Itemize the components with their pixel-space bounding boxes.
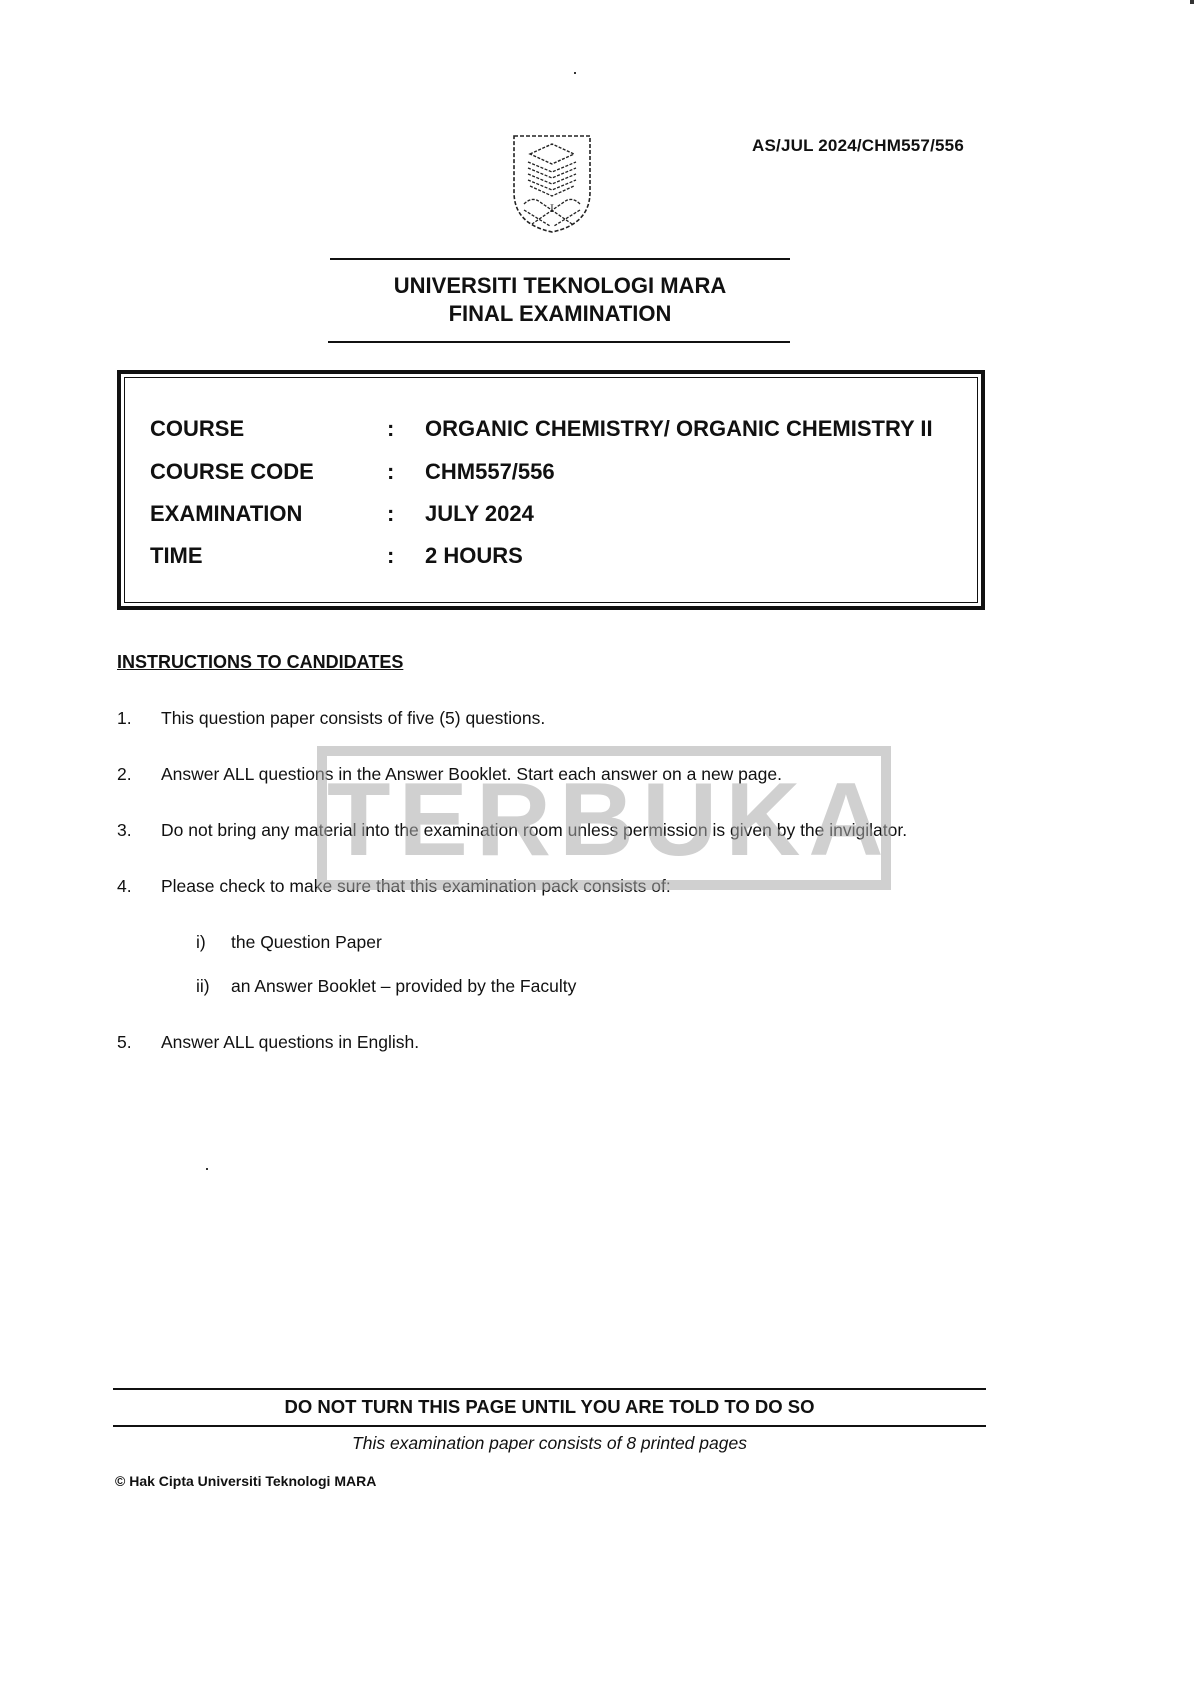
time-label: TIME <box>150 541 370 571</box>
copyright-text: © Hak Cipta Universiti Teknologi MARA <box>115 1473 376 1489</box>
title-top-rule <box>330 258 790 260</box>
scan-speck <box>206 1168 208 1170</box>
reference-code: AS/JUL 2024/CHM557/556 <box>752 136 964 156</box>
footer-top-rule <box>113 1388 986 1390</box>
scan-speck <box>574 72 576 74</box>
title-bottom-rule <box>328 341 790 343</box>
course-info-box: COURSE : ORGANIC CHEMISTRY/ ORGANIC CHEM… <box>117 370 985 610</box>
course-code-label: COURSE CODE <box>150 457 370 487</box>
svg-text:I: I <box>550 204 554 215</box>
do-not-turn-notice: DO NOT TURN THIS PAGE UNTIL YOU ARE TOLD… <box>113 1396 986 1418</box>
examination-label: EXAMINATION <box>150 499 370 529</box>
scan-speck <box>1190 0 1194 4</box>
course-code-value: CHM557/556 <box>425 457 555 487</box>
exam-type: FINAL EXAMINATION <box>330 300 790 328</box>
examination-value: JULY 2024 <box>425 499 534 529</box>
course-label: COURSE <box>150 414 370 444</box>
page-count-note: This examination paper consists of 8 pri… <box>113 1433 986 1454</box>
time-value: 2 HOURS <box>425 541 523 571</box>
course-value: ORGANIC CHEMISTRY/ ORGANIC CHEMISTRY II <box>425 414 933 444</box>
footer-bottom-rule <box>113 1425 986 1427</box>
university-name: UNIVERSITI TEKNOLOGI MARA <box>330 272 790 300</box>
title-block: UNIVERSITI TEKNOLOGI MARA FINAL EXAMINAT… <box>330 272 790 328</box>
university-crest-icon: I <box>510 132 594 234</box>
instructions-heading: INSTRUCTIONS TO CANDIDATES <box>117 652 403 673</box>
